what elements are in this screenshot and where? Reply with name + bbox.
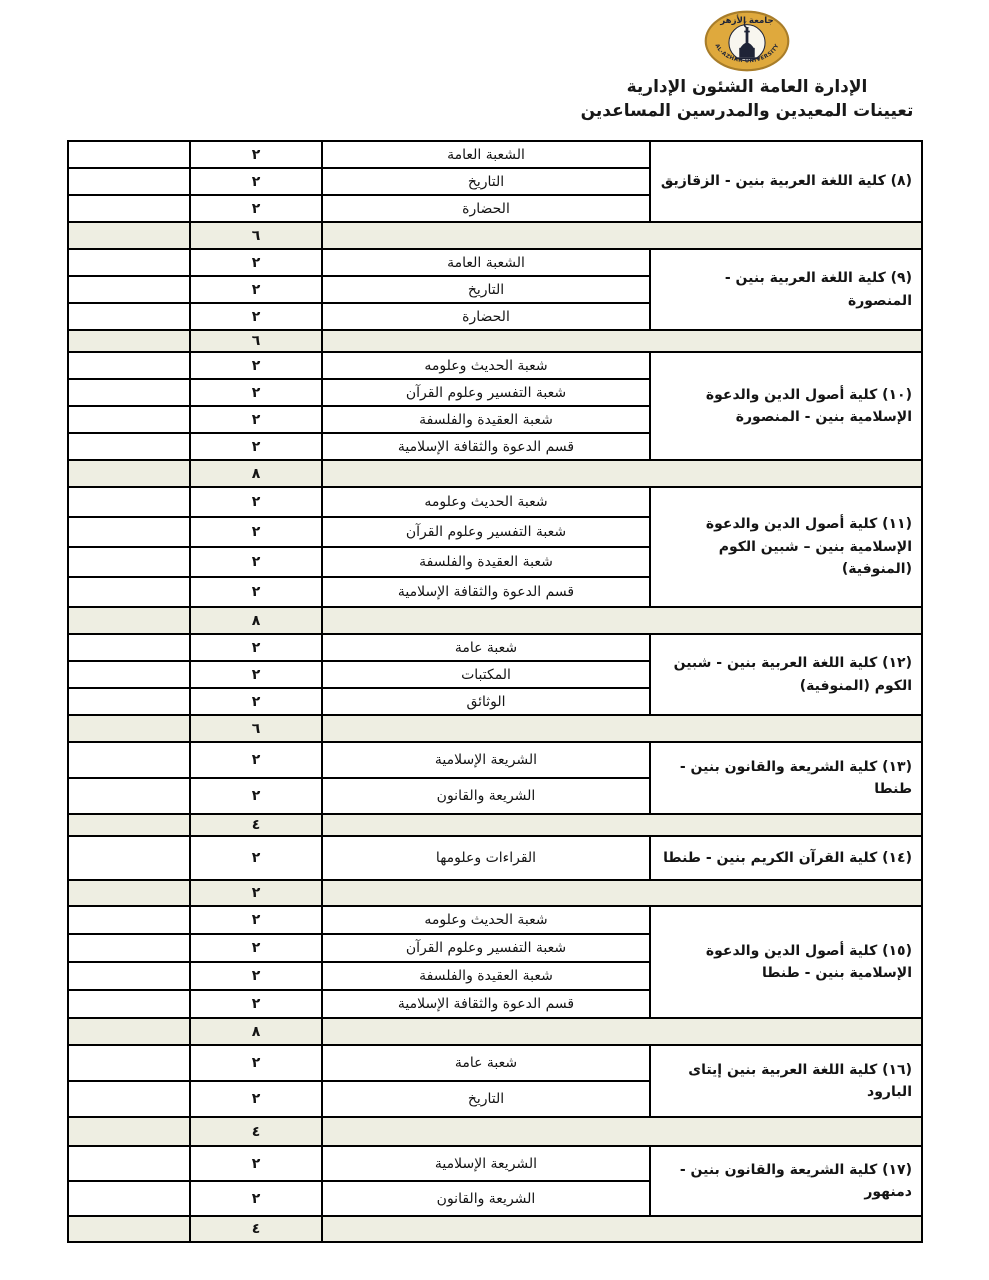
dept-row: (١١) كلية أصول الدين والدعوة الإسلامية ب… <box>68 487 922 517</box>
count-cell: ٢ <box>190 379 322 406</box>
count-cell: ٢ <box>190 906 322 934</box>
empty-cell <box>68 433 190 460</box>
total-spacer-cell <box>322 222 922 249</box>
empty-cell <box>68 1117 190 1146</box>
empty-cell <box>68 487 190 517</box>
total-count-cell: ٦ <box>190 715 322 742</box>
total-spacer-cell <box>322 880 922 906</box>
count-cell: ٢ <box>190 742 322 778</box>
count-cell: ٢ <box>190 433 322 460</box>
department-cell: شعبة الحديث وعلومه <box>322 352 650 379</box>
document-subtitle: تعيينات المعيدين والمدرسين المساعدين <box>552 99 942 123</box>
empty-cell <box>68 778 190 814</box>
empty-cell <box>68 1216 190 1242</box>
dept-row: (١٧) كلية الشريعة والقانون بنين - دمنهور… <box>68 1146 922 1181</box>
department-cell: شعبة العقيدة والفلسفة <box>322 547 650 577</box>
total-count-cell: ٨ <box>190 1018 322 1045</box>
department-cell: الشريعة والقانون <box>322 778 650 814</box>
count-cell: ٢ <box>190 276 322 303</box>
total-row: ٤ <box>68 1216 922 1242</box>
total-count-cell: ٦ <box>190 222 322 249</box>
count-cell: ٢ <box>190 688 322 715</box>
total-row: ٨ <box>68 460 922 487</box>
department-cell: التاريخ <box>322 168 650 195</box>
department-cell: التاريخ <box>322 276 650 303</box>
department-cell: الشعبة العامة <box>322 141 650 168</box>
total-row: ٨ <box>68 607 922 634</box>
count-cell: ٢ <box>190 778 322 814</box>
total-spacer-cell <box>322 1117 922 1146</box>
count-cell: ٢ <box>190 634 322 661</box>
department-cell: القراءات وعلومها <box>322 836 650 880</box>
college-cell: (١٠) كلية أصول الدين والدعوة الإسلامية ب… <box>650 352 922 460</box>
empty-cell <box>68 517 190 547</box>
total-count-cell: ٤ <box>190 814 322 836</box>
empty-cell <box>68 688 190 715</box>
count-cell: ٢ <box>190 487 322 517</box>
dept-row: (٩) كلية اللغة العربية بنين - المنصورةال… <box>68 249 922 276</box>
total-count-cell: ٦ <box>190 330 322 352</box>
empty-cell <box>68 406 190 433</box>
total-count-cell: ٨ <box>190 460 322 487</box>
empty-cell <box>68 249 190 276</box>
empty-cell <box>68 141 190 168</box>
count-cell: ٢ <box>190 836 322 880</box>
empty-cell <box>68 715 190 742</box>
dept-row: (١٠) كلية أصول الدين والدعوة الإسلامية ب… <box>68 352 922 379</box>
total-spacer-cell <box>322 1018 922 1045</box>
department-cell: شعبة التفسير وعلوم القرآن <box>322 379 650 406</box>
total-count-cell: ٨ <box>190 607 322 634</box>
empty-cell <box>68 195 190 222</box>
department-cell: شعبة التفسير وعلوم القرآن <box>322 934 650 962</box>
college-cell: (١٣) كلية الشريعة والقانون بنين - طنطا <box>650 742 922 814</box>
college-cell: (١٢) كلية اللغة العربية بنين - شبين الكو… <box>650 634 922 715</box>
department-cell: شعبة العقيدة والفلسفة <box>322 962 650 990</box>
department-cell: شعبة التفسير وعلوم القرآن <box>322 517 650 547</box>
total-spacer-cell <box>322 1216 922 1242</box>
count-cell: ٢ <box>190 249 322 276</box>
count-cell: ٢ <box>190 1081 322 1117</box>
department-cell: التاريخ <box>322 1081 650 1117</box>
count-cell: ٢ <box>190 661 322 688</box>
college-cell: (١٦) كلية اللغة العربية بنين إيتاى البار… <box>650 1045 922 1117</box>
count-cell: ٢ <box>190 547 322 577</box>
count-cell: ٢ <box>190 962 322 990</box>
empty-cell <box>68 634 190 661</box>
empty-cell <box>68 1146 190 1181</box>
count-cell: ٢ <box>190 1146 322 1181</box>
count-cell: ٢ <box>190 517 322 547</box>
count-cell: ٢ <box>190 303 322 330</box>
al-azhar-university-logo: جامعة الأزهر AL-AZHAR UNIVERSITY <box>704 10 790 72</box>
total-count-cell: ٢ <box>190 880 322 906</box>
department-cell: المكتبات <box>322 661 650 688</box>
total-row: ٤ <box>68 1117 922 1146</box>
college-cell: (١٤) كلية القرآن الكريم بنين - طنطا <box>650 836 922 880</box>
empty-cell <box>68 303 190 330</box>
dept-row: (٨) كلية اللغة العربية بنين - الزقازيقال… <box>68 141 922 168</box>
page-header: جامعة الأزهر AL-AZHAR UNIVERSITY الإدارة… <box>552 10 942 123</box>
empty-cell <box>68 934 190 962</box>
empty-cell <box>68 460 190 487</box>
department-cell: شعبة عامة <box>322 634 650 661</box>
empty-cell <box>68 222 190 249</box>
empty-cell <box>68 906 190 934</box>
department-cell: شعبة العقيدة والفلسفة <box>322 406 650 433</box>
empty-cell <box>68 330 190 352</box>
empty-cell <box>68 607 190 634</box>
college-cell: (٨) كلية اللغة العربية بنين - الزقازيق <box>650 141 922 222</box>
department-cell: شعبة عامة <box>322 1045 650 1081</box>
appointments-table: (٨) كلية اللغة العربية بنين - الزقازيقال… <box>67 140 923 1243</box>
count-cell: ٢ <box>190 406 322 433</box>
count-cell: ٢ <box>190 990 322 1018</box>
department-cell: الوثائق <box>322 688 650 715</box>
empty-cell <box>68 836 190 880</box>
college-cell: (١١) كلية أصول الدين والدعوة الإسلامية ب… <box>650 487 922 607</box>
count-cell: ٢ <box>190 195 322 222</box>
total-row: ٦ <box>68 715 922 742</box>
total-count-cell: ٤ <box>190 1216 322 1242</box>
dept-row: (١٢) كلية اللغة العربية بنين - شبين الكو… <box>68 634 922 661</box>
total-spacer-cell <box>322 814 922 836</box>
department-cell: الشعبة العامة <box>322 249 650 276</box>
empty-cell <box>68 1045 190 1081</box>
total-row: ٤ <box>68 814 922 836</box>
total-spacer-cell <box>322 460 922 487</box>
count-cell: ٢ <box>190 352 322 379</box>
empty-cell <box>68 742 190 778</box>
department-cell: قسم الدعوة والثقافة الإسلامية <box>322 990 650 1018</box>
total-spacer-cell <box>322 715 922 742</box>
empty-cell <box>68 547 190 577</box>
department-cell: شعبة الحديث وعلومه <box>322 906 650 934</box>
total-row: ٦ <box>68 330 922 352</box>
department-cell: قسم الدعوة والثقافة الإسلامية <box>322 577 650 607</box>
empty-cell <box>68 814 190 836</box>
dept-row: (١٦) كلية اللغة العربية بنين إيتاى البار… <box>68 1045 922 1081</box>
total-row: ٨ <box>68 1018 922 1045</box>
empty-cell <box>68 352 190 379</box>
dept-row: (١٥) كلية أصول الدين والدعوة الإسلامية ب… <box>68 906 922 934</box>
department-cell: قسم الدعوة والثقافة الإسلامية <box>322 433 650 460</box>
empty-cell <box>68 168 190 195</box>
empty-cell <box>68 1018 190 1045</box>
total-spacer-cell <box>322 607 922 634</box>
department-cell: شعبة الحديث وعلومه <box>322 487 650 517</box>
count-cell: ٢ <box>190 141 322 168</box>
count-cell: ٢ <box>190 1045 322 1081</box>
department-cell: الحضارة <box>322 195 650 222</box>
count-cell: ٢ <box>190 934 322 962</box>
college-cell: (١٧) كلية الشريعة والقانون بنين - دمنهور <box>650 1146 922 1216</box>
total-count-cell: ٤ <box>190 1117 322 1146</box>
dept-row: (١٤) كلية القرآن الكريم بنين - طنطاالقرا… <box>68 836 922 880</box>
empty-cell <box>68 1181 190 1216</box>
department-cell: الحضارة <box>322 303 650 330</box>
college-cell: (٩) كلية اللغة العربية بنين - المنصورة <box>650 249 922 330</box>
empty-cell <box>68 379 190 406</box>
total-row: ٦ <box>68 222 922 249</box>
document-page: { "header": { "title_line1": "الإدارة ال… <box>0 0 989 1280</box>
count-cell: ٢ <box>190 168 322 195</box>
department-cell: الشريعة الإسلامية <box>322 1146 650 1181</box>
department-cell: الشريعة الإسلامية <box>322 742 650 778</box>
empty-cell <box>68 990 190 1018</box>
empty-cell <box>68 276 190 303</box>
college-cell: (١٥) كلية أصول الدين والدعوة الإسلامية ب… <box>650 906 922 1018</box>
empty-cell <box>68 880 190 906</box>
empty-cell <box>68 577 190 607</box>
empty-cell <box>68 1081 190 1117</box>
total-row: ٢ <box>68 880 922 906</box>
total-spacer-cell <box>322 330 922 352</box>
count-cell: ٢ <box>190 577 322 607</box>
department-title: الإدارة العامة الشئون الإدارية <box>552 75 942 99</box>
dept-row: (١٣) كلية الشريعة والقانون بنين - طنطاال… <box>68 742 922 778</box>
department-cell: الشريعة والقانون <box>322 1181 650 1216</box>
count-cell: ٢ <box>190 1181 322 1216</box>
empty-cell <box>68 962 190 990</box>
empty-cell <box>68 661 190 688</box>
